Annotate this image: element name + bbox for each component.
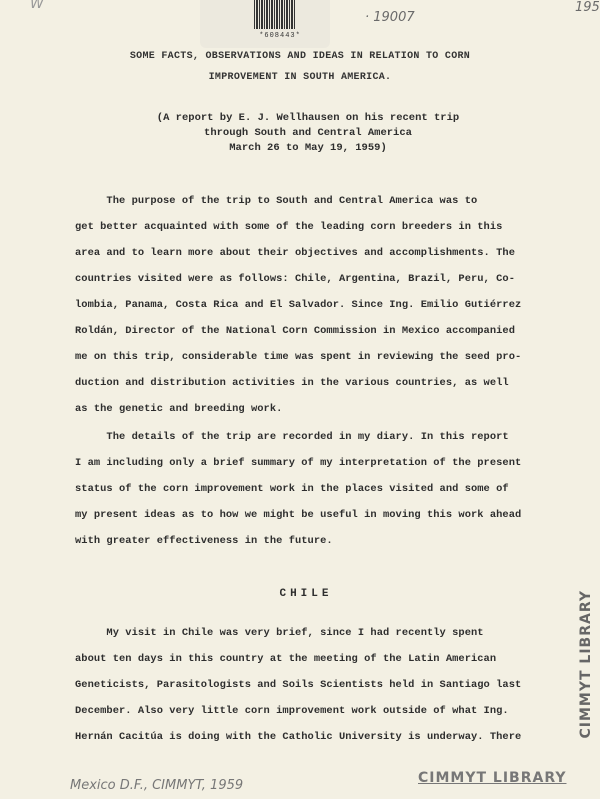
paragraph-3-line: about ten days in this country at the me… [75,653,496,665]
handwritten-year: 195 [575,0,600,15]
document-title-line-1: SOME FACTS, OBSERVATIONS AND IDEAS IN RE… [0,51,600,62]
subtitle-line-3: March 26 to May 19, 1959) [8,141,600,156]
barcode-number: *608443* [240,32,320,40]
paragraph-1-line: get better acquainted with some of the l… [75,221,502,233]
paragraph-2-line: status of the corn improvement work in t… [75,483,509,495]
paragraph-2-line: I am including only a brief summary of m… [75,457,521,469]
library-stamp-vertical: CIMMYT LIBRARY [578,590,594,738]
subtitle-line-1: (A report by E. J. Wellhausen on his rec… [8,111,600,126]
handwritten-location-note: Mexico D.F., CIMMYT, 1959 [70,778,243,793]
paragraph-1-line: duction and distribution activities in t… [75,377,509,389]
paragraph-3-line: Geneticists, Parasitologists and Soils S… [75,679,521,691]
paragraph-1-line: lombia, Panama, Costa Rica and El Salvad… [75,299,521,311]
paragraph-2-line: with greater effectiveness in the future… [75,535,333,547]
side-margin-mark: 1959 [0,730,2,758]
library-stamp-horizontal: CIMMYT LIBRARY [418,770,566,786]
handwritten-corner-mark: W [30,0,44,12]
paragraph-3-line: Hernán Cacitúa is doing with the Catholi… [75,731,521,743]
subtitle-line-2: through South and Central America [8,126,600,141]
paragraph-1-line: The purpose of the trip to South and Cen… [75,195,477,207]
barcode-icon [254,0,296,29]
paragraph-1-line: me on this trip, considerable time was s… [75,351,521,363]
handwritten-accession-number: · 19007 [365,10,415,25]
paragraph-1-line: as the genetic and breeding work. [75,403,282,415]
section-heading-chile: CHILE [0,588,600,600]
paragraph-1-line: countries visited were as follows: Chile… [75,273,515,285]
paragraph-1-line: area and to learn more about their objec… [75,247,515,259]
paragraph-3-line: My visit in Chile was very brief, since … [75,627,484,639]
paragraph-1-line: Roldán, Director of the National Corn Co… [75,325,515,337]
document-page: *608443* W · 19007 195 SOME FACTS, OBSER… [0,0,600,799]
paragraph-3-line: December. Also very little corn improvem… [75,705,509,717]
paragraph-2-line: my present ideas as to how we might be u… [75,509,521,521]
paragraph-2-line: The details of the trip are recorded in … [75,431,509,443]
document-title-line-2: IMPROVEMENT IN SOUTH AMERICA. [0,72,600,83]
